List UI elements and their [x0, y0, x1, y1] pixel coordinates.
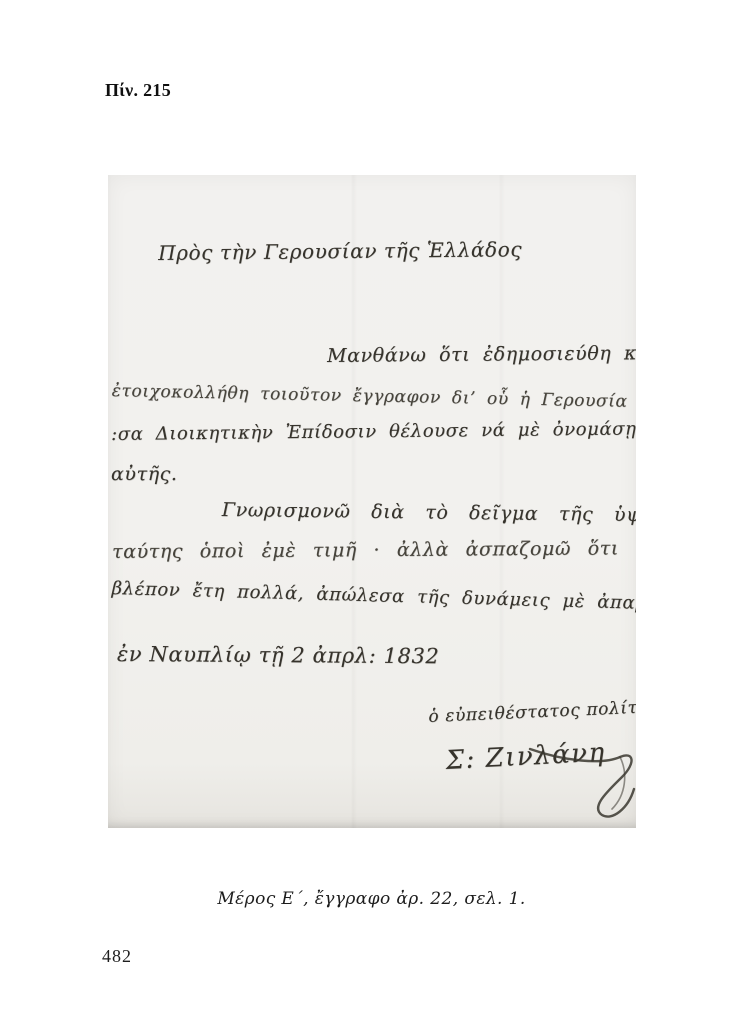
handwriting-line: αὐτῆς.	[111, 463, 178, 485]
letter-date-line: ἐν Ναυπλίῳ τῇ 2 ἀπρλ: 1832	[117, 642, 440, 668]
plate-caption: Μέρος Ε΄, ἔγγραφο ἀρ. 22, σελ. 1.	[0, 889, 743, 909]
letter-closing-line: ὁ εὐπειθέστατος πολίτης	[428, 697, 636, 727]
handwriting-line: Μανθάνω ὅτι ἐδημοσιεύθη καὶ	[327, 342, 636, 367]
handwriting-line: ταύτης ὁποὶ ἐμὲ τιμῆ · ἀλλὰ ἀσπαζομῶ ὅτι…	[112, 537, 636, 563]
handwriting-line: βλέπον ἔτη πολλά, ἀπώλεσα τῆς δυνάμεις μ…	[111, 578, 636, 615]
handwriting-line: ἐτοιχοκολλήθη τοιοῦτον ἔγγραφον δι’ οὗ ἡ…	[112, 381, 636, 414]
letter-heading: Πρὸς τὴν Γερουσίαν τῆς Ἑλλάδος	[158, 237, 522, 265]
plate-label: Πίν. 215	[105, 80, 171, 101]
handwriting-line: Γνωρισμονῶ διὰ τὸ δεῖγμα τῆς ὑψηλῆ	[222, 499, 636, 527]
signature-flourish	[516, 743, 636, 825]
letter-photograph: Πρὸς τὴν Γερουσίαν τῆς Ἑλλάδος Μανθάνω ὅ…	[108, 175, 636, 828]
page-number: 482	[102, 946, 132, 967]
book-page: Πίν. 215 Πρὸς τὴν Γερουσίαν τῆς Ἑλλάδος …	[0, 0, 743, 1027]
handwriting-line: :σα Διοικητικὴν Ἐπίδοσιν θέλουσε νά μὲ ὀ…	[111, 418, 636, 445]
